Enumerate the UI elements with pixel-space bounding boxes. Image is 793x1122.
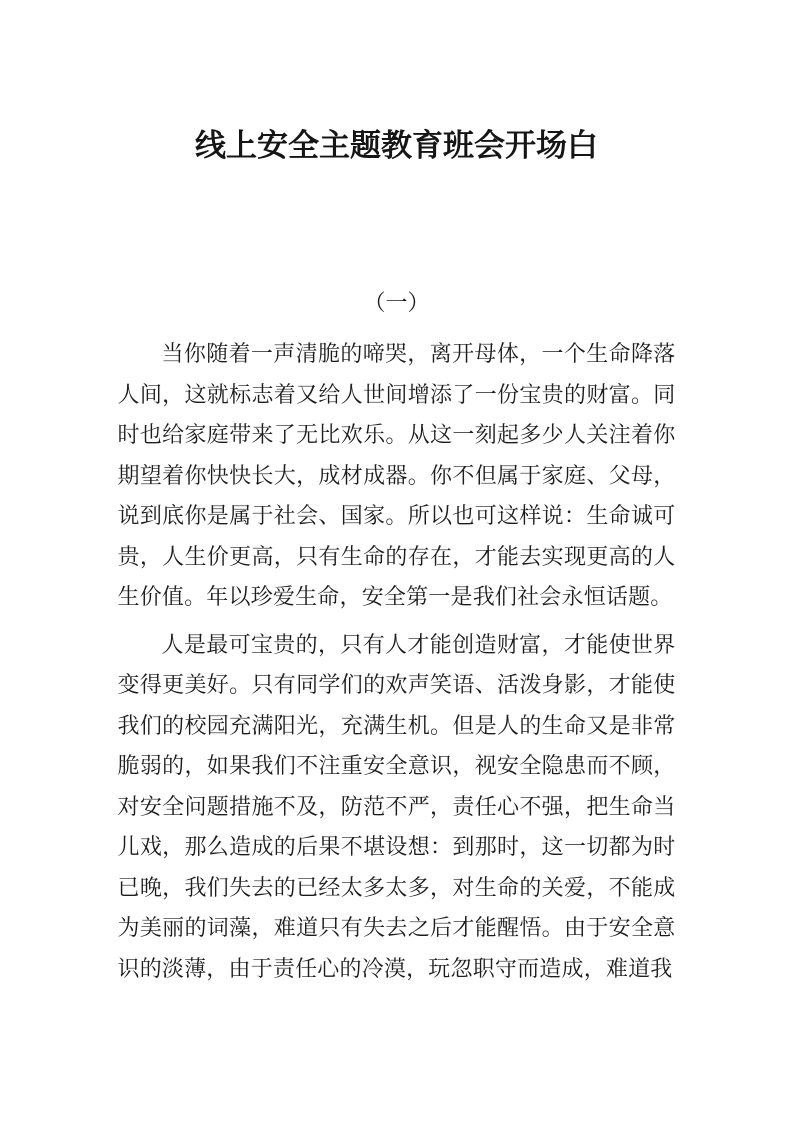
document-page: 线上安全主题教育班会开场白 （一） 当你随着一声清脆的啼哭，离开母体，一个生命降… <box>0 0 793 1122</box>
paragraph-2: 人是最可宝贵的，只有人才能创造财富，才能使世界变得更美好。只有同学们的欢声笑语、… <box>118 625 676 990</box>
paragraph-1: 当你随着一声清脆的啼哭，离开母体，一个生命降落人间，这就标志着又给人世间增添了一… <box>118 334 676 618</box>
document-title: 线上安全主题教育班会开场白 <box>0 0 793 166</box>
document-body: （一） 当你随着一声清脆的啼哭，离开母体，一个生命降落人间，这就标志着又给人世间… <box>118 283 676 989</box>
section-label: （一） <box>118 283 676 323</box>
